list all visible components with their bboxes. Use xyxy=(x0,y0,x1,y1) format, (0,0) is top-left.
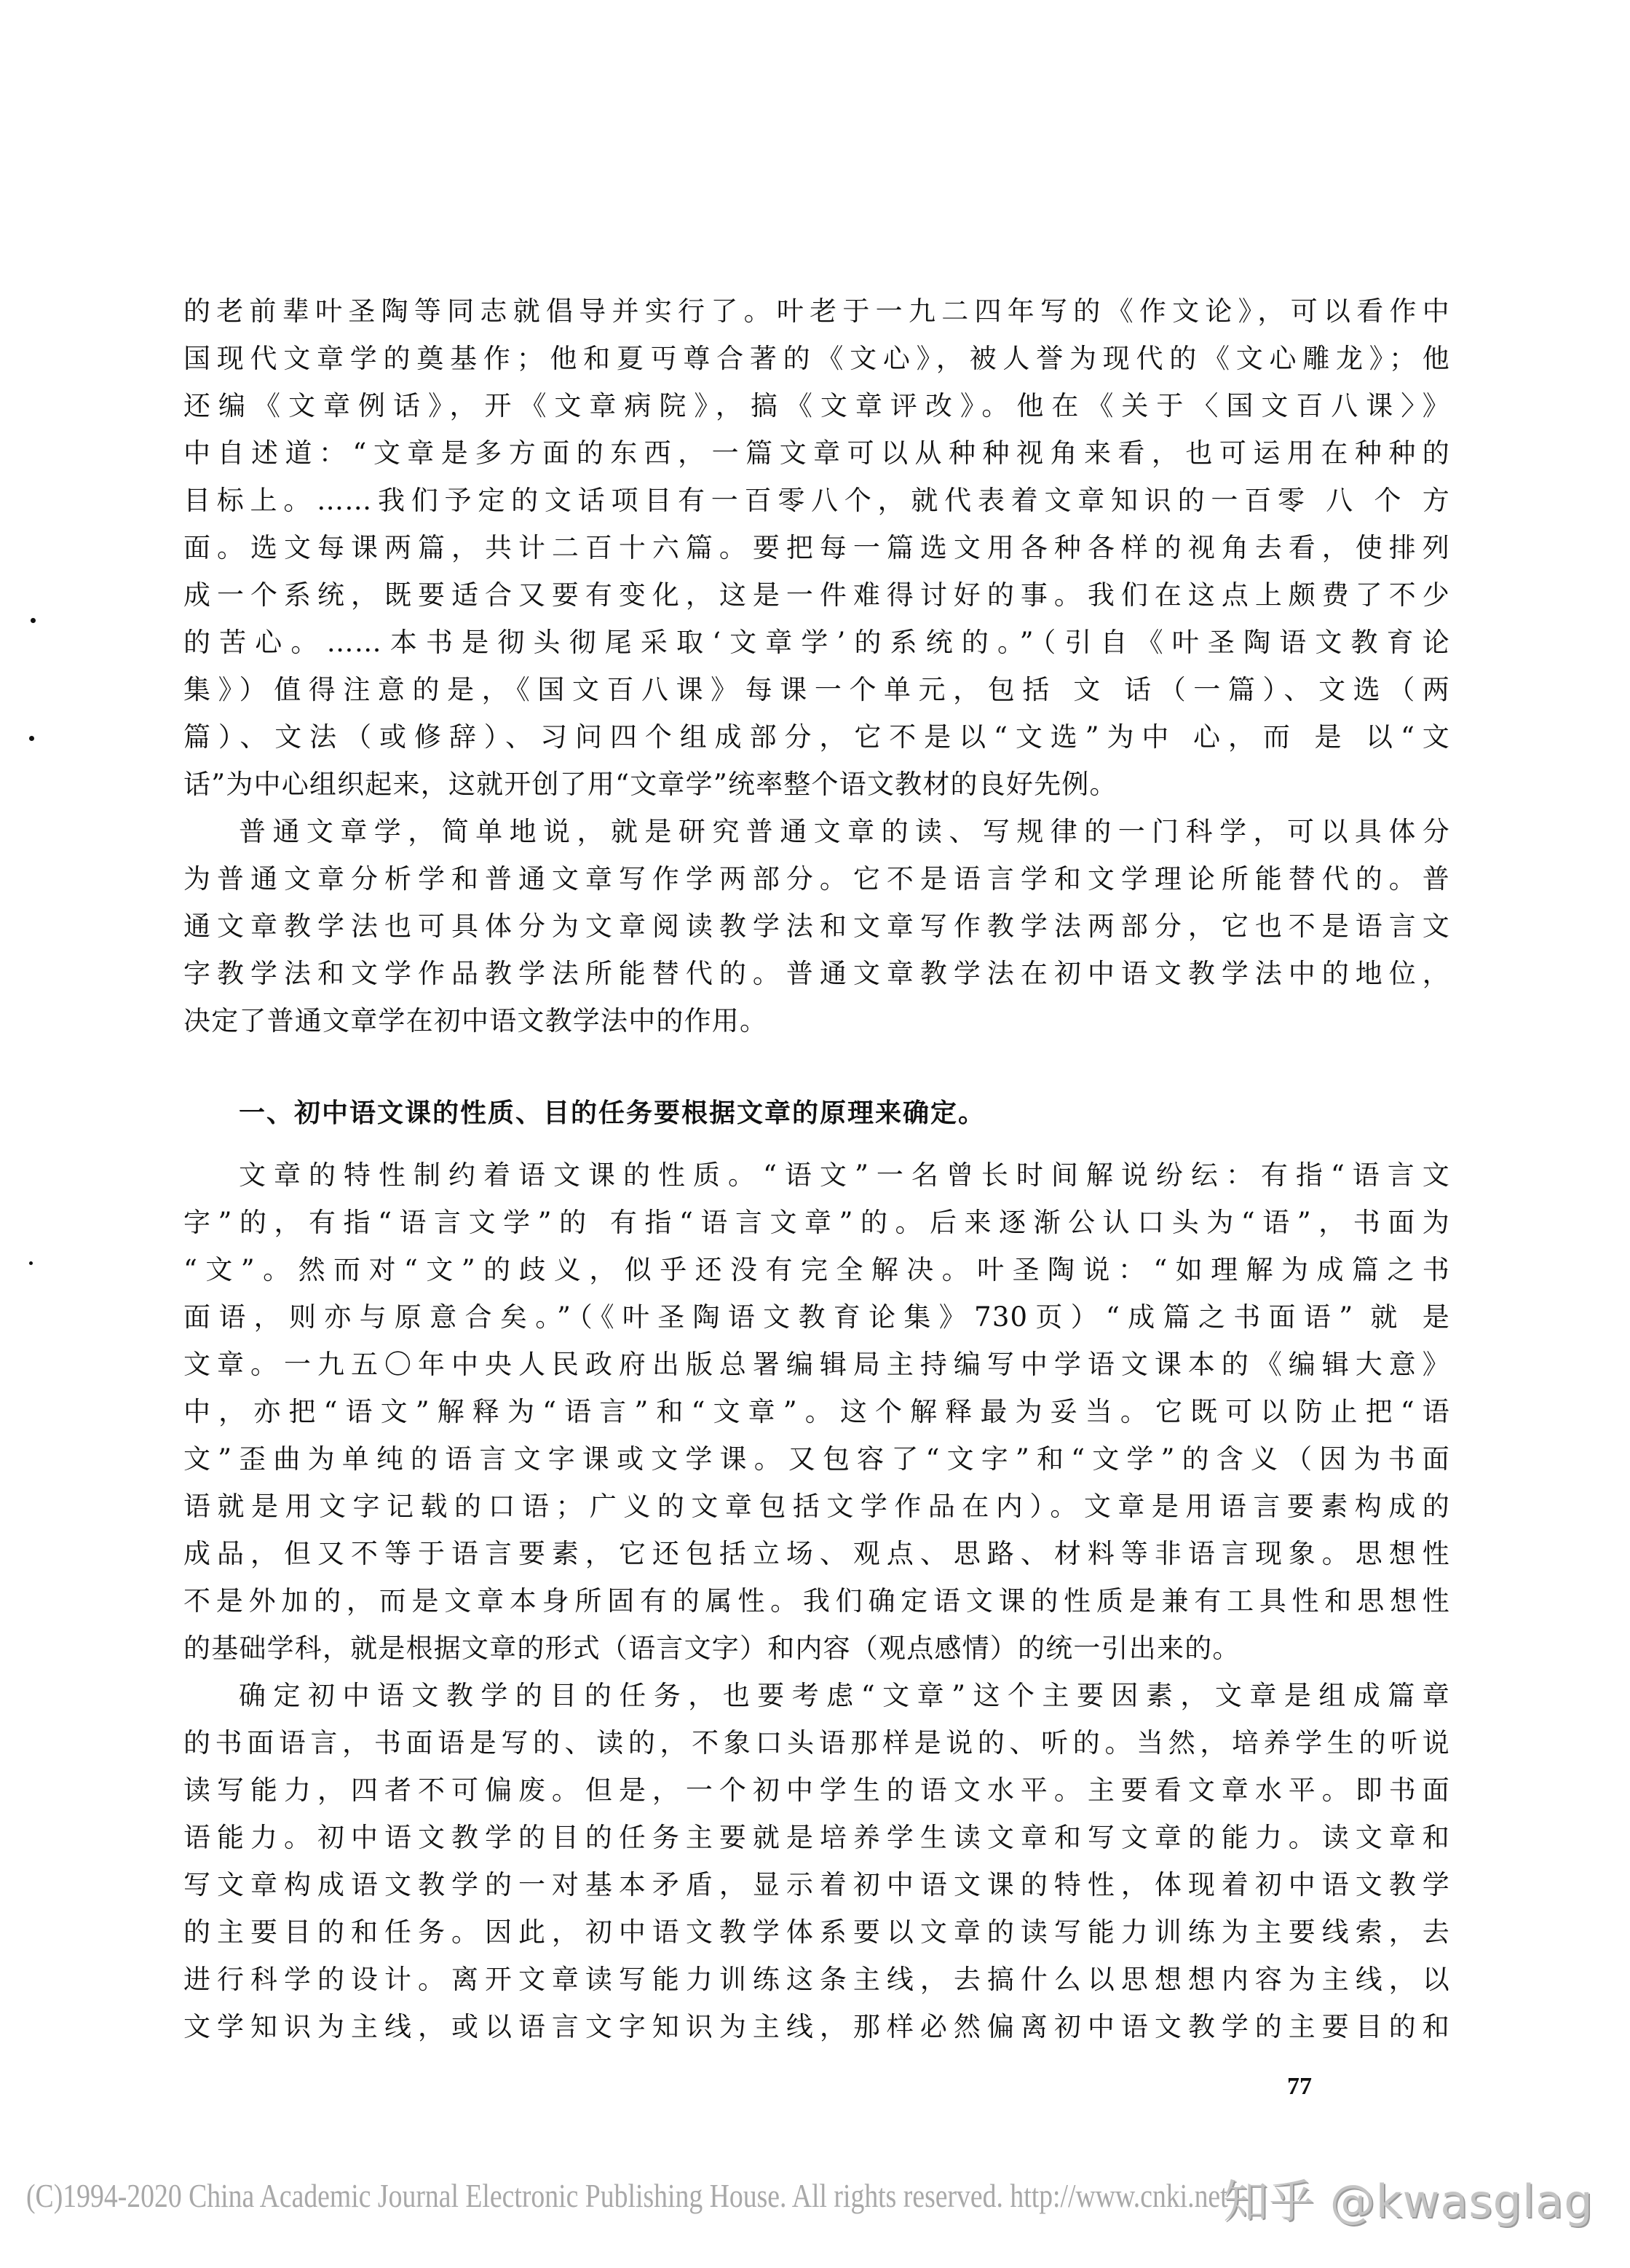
text-line: 的基础学科，就是根据文章的形式（语言文字）和内容（观点感情）的统一引出来的。 xyxy=(183,1625,1450,1672)
text-line: 的苦心。……本书是彻头彻尾采取‘文章学’的系统的。”（引自《叶圣陶语文教育论 xyxy=(183,619,1450,666)
page-number: 77 xyxy=(1287,2073,1312,2101)
text-line: 目标上。……我们予定的文话项目有一百零八个，就代表着文章知识的一百零 八 个 方 xyxy=(183,477,1450,524)
text-line: 决定了普通文章学在初中语文教学法中的作用。 xyxy=(183,997,1450,1044)
text-line: 面。选文每课两篇，共计二百十六篇。要把每一篇选文用各种各样的视角去看，使排列 xyxy=(183,524,1450,571)
text-line: 文学知识为主线，或以语言文字知识为主线，那样必然偏离初中语文教学的主要目的和 xyxy=(183,2003,1450,2050)
text-line: 文”歪曲为单纯的语言文字课或文学课。又包容了“文字”和“文学”的含义（因为书面 xyxy=(183,1435,1450,1483)
text-line: 字教学法和文学作品教学法所能替代的。普通文章教学法在初中语文教学法中的地位， xyxy=(183,950,1450,997)
text-line: 成品，但又不等于语言要素，它还包括立场、观点、思路、材料等非语言现象。思想性 xyxy=(183,1530,1450,1577)
text-line: 的老前辈叶圣陶等同志就倡导并实行了。叶老于一九二四年写的《作文论》，可以看作中 xyxy=(183,288,1450,335)
text-line: 成一个系统，既要适合又要有变化，这是一件难得讨好的事。我们在这点上颇费了不少 xyxy=(183,571,1450,619)
text-line: 篇）、文法（或修辞）、习问四个组成部分，它不是以“文选”为中 心，而 是 以“文 xyxy=(183,713,1450,761)
body-text: 的老前辈叶圣陶等同志就倡导并实行了。叶老于一九二四年写的《作文论》，可以看作中 … xyxy=(183,288,1450,2050)
text-line: 读写能力，四者不可偏废。但是，一个初中学生的语文水平。主要看文章水平。即书面 xyxy=(183,1767,1450,1814)
paragraph: 确定初中语文教学的目的任务，也要考虑“文章”这个主要因素，文章是组成篇章 的书面… xyxy=(183,1672,1450,2050)
text-line: 国现代文章学的奠基作；他和夏丏尊合著的《文心》，被人誉为现代的《文心雕龙》；他 xyxy=(183,335,1450,382)
text-line: 通文章教学法也可具体分为文章阅读教学法和文章写作教学法两部分，它也不是语言文 xyxy=(183,903,1450,950)
text-line: 面语，则亦与原意合矣。”（《叶圣陶语文教育论集》730页）“成篇之书面语” 就 … xyxy=(183,1293,1450,1341)
text-line: 进行科学的设计。离开文章读写能力训练这条主线，去搞什么以思想想内容为主线，以 xyxy=(183,1956,1450,2003)
text-line: 的书面语言，书面语是写的、读的，不象口头语那样是说的、听的。当然，培养学生的听说 xyxy=(183,1719,1450,1767)
zhihu-watermark: 知乎 @kwasglag xyxy=(1223,2165,1594,2230)
text-line: 的主要目的和任务。因此，初中语文教学体系要以文章的读写能力训练为主要线索，去 xyxy=(183,1908,1450,1956)
text-line: 确定初中语文教学的目的任务，也要考虑“文章”这个主要因素，文章是组成篇章 xyxy=(183,1672,1450,1719)
text-line: 文章的特性制约着语文课的性质。“语文”一名曾长时间解说纷纭：有指“语言文 xyxy=(183,1151,1450,1199)
copyright-notice: (C)1994-2020 China Academic Journal Elec… xyxy=(26,2176,1228,2215)
paragraph: 文章的特性制约着语文课的性质。“语文”一名曾长时间解说纷纭：有指“语言文 字”的… xyxy=(183,1151,1450,1672)
text-line: 普通文章学，简单地说，就是研究普通文章的读、写规律的一门科学，可以具体分 xyxy=(183,808,1450,855)
text-line: 中，亦把“语文”解释为“语言”和“文章”。这个解释最为妥当。它既可以防止把“语 xyxy=(183,1388,1450,1435)
text-line: 文章。一九五〇年中央人民政府出版总署编辑局主持编写中学语文课本的《编辑大意》 xyxy=(183,1341,1450,1388)
text-line: 话”为中心组织起来，这就开创了用“文章学”统率整个语文教材的良好先例。 xyxy=(183,761,1450,808)
text-line: 写文章构成语文教学的一对基本矛盾，显示着初中语文课的特性，体现着初中语文教学 xyxy=(183,1861,1450,1908)
scanned-page: 的老前辈叶圣陶等同志就倡导并实行了。叶老于一九二四年写的《作文论》，可以看作中 … xyxy=(0,0,1630,2268)
text-line: 还编《文章例话》，开《文章病院》，搞《文章评改》。他在《关于〈国文百八课〉》 xyxy=(183,382,1450,429)
text-line: 集》）值得注意的是，《国文百八课》每课一个单元，包括 文 话（一篇）、文选（两 xyxy=(183,666,1450,713)
paragraph: 普通文章学，简单地说，就是研究普通文章的读、写规律的一门科学，可以具体分 为普通… xyxy=(183,808,1450,1044)
text-line: 字”的，有指“语言文学”的 有指“语言文章”的。后来逐渐公认口头为“语”，书面为 xyxy=(183,1199,1450,1246)
section-heading: 一、初中语文课的性质、目的任务要根据文章的原理来确定。 xyxy=(183,1090,1450,1137)
paragraph: 的老前辈叶圣陶等同志就倡导并实行了。叶老于一九二四年写的《作文论》，可以看作中 … xyxy=(183,288,1450,808)
text-line: 语能力。初中语文教学的目的任务主要就是培养学生读文章和写文章的能力。读文章和 xyxy=(183,1814,1450,1861)
scan-speck xyxy=(31,618,36,623)
text-line: 为普通文章分析学和普通文章写作学两部分。它不是语言学和文学理论所能替代的。普 xyxy=(183,855,1450,903)
text-line: “文”。然而对“文”的歧义，似乎还没有完全解决。叶圣陶说：“如理解为成篇之书 xyxy=(183,1246,1450,1293)
scan-speck xyxy=(29,736,34,741)
text-line: 中自述道：“文章是多方面的东西，一篇文章可以从种种视角来看，也可运用在种种的 xyxy=(183,429,1450,477)
scan-speck xyxy=(29,1261,33,1265)
text-line: 不是外加的，而是文章本身所固有的属性。我们确定语文课的性质是兼有工具性和思想性 xyxy=(183,1577,1450,1625)
text-line: 语就是用文字记载的口语；广义的文章包括文学作品在内）。文章是用语言要素构成的 xyxy=(183,1483,1450,1530)
